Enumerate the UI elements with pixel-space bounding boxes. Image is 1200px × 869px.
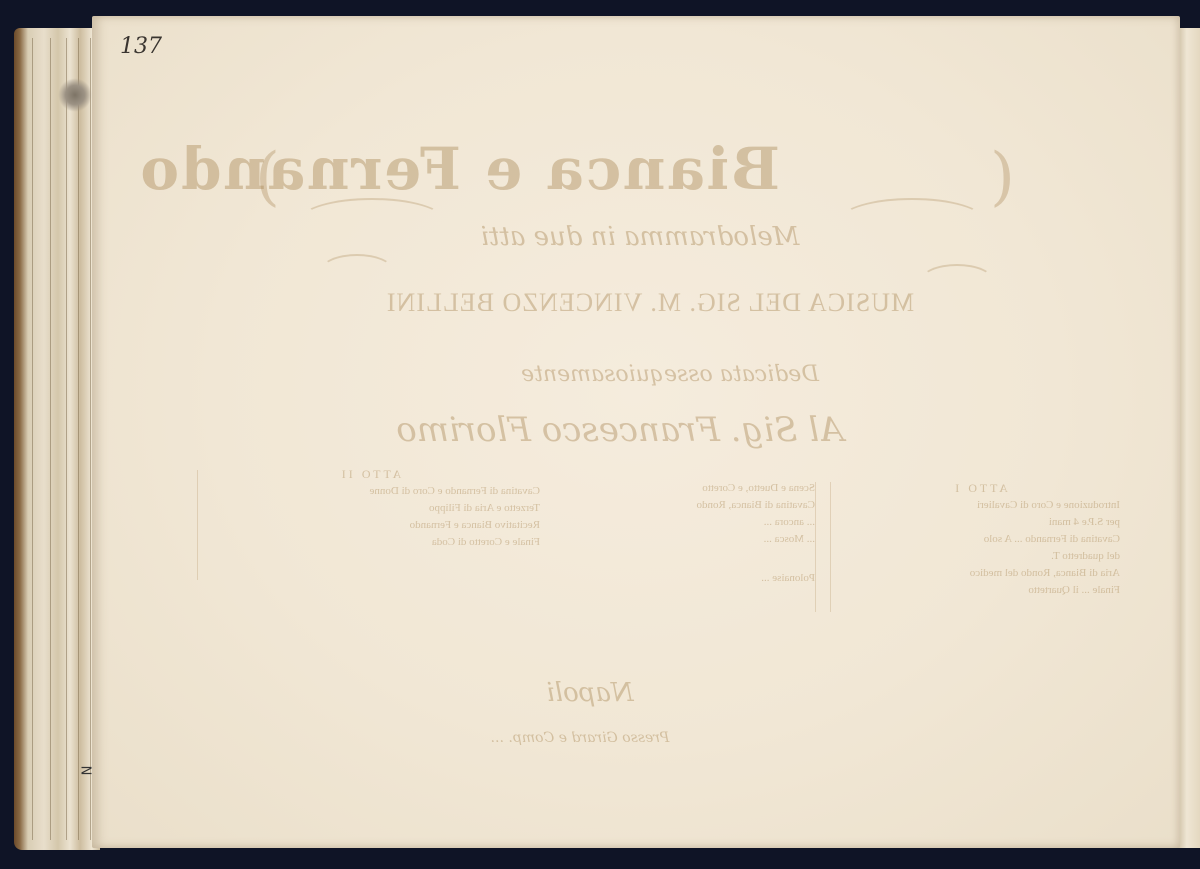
show-through-dedication: Dedicata ossequiosamente — [440, 362, 900, 387]
table-rule — [815, 482, 816, 612]
book-scan: N 137 ( ) Bianca e Fernando Melodramma i… — [0, 0, 1200, 869]
show-through-act-one: ATTO I Introduzione e Coro di Cavalieri … — [840, 480, 1120, 599]
show-through-place: Napoli — [520, 678, 660, 708]
ornament-swash — [840, 198, 984, 242]
show-through-dedicatee: Al Sig. Francesco Florimo — [340, 410, 900, 450]
binding-stain — [58, 78, 92, 112]
show-through-composer: MUSICA DEL SIG. M. VINCENZO BELLINI — [330, 288, 970, 318]
show-through-title: Bianca e Fernando — [340, 135, 780, 203]
show-through-imprint: Presso Girard e Comp. ... — [380, 730, 780, 746]
table-rule — [830, 482, 831, 612]
next-page-edge — [1178, 28, 1200, 848]
page-block-edge: N — [14, 28, 100, 850]
signature-mark: N — [77, 766, 92, 776]
ornament-swash — [320, 254, 394, 288]
table-rule — [197, 470, 198, 580]
handwritten-page-number: 137 — [120, 34, 162, 59]
show-through-act-one-continued: Scena e Duetto, e Coretto Cavatina di Bi… — [555, 480, 815, 587]
show-through-act-two: ATTO II Cavatina di Fernando e Coro di D… — [200, 466, 540, 551]
show-through-subtitle: Melodramma in due atti — [420, 222, 860, 252]
ornament-paren-right: ) — [990, 140, 1015, 214]
